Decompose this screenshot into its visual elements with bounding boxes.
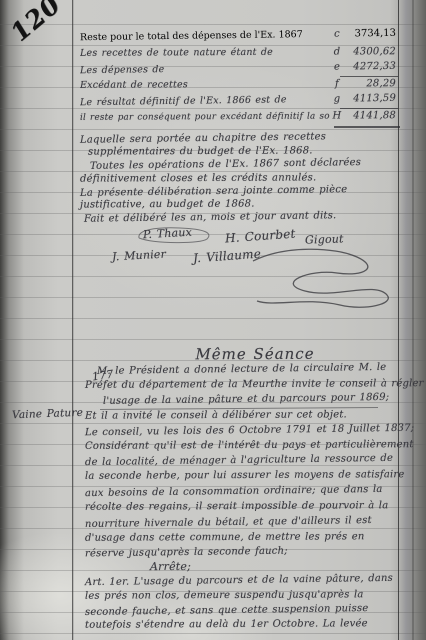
closing-line: Toutes les opérations de l'Ex. 1867 sont… bbox=[80, 157, 361, 172]
body-line: récolte des regains, il serait impossibl… bbox=[85, 500, 388, 513]
body-line: réserve jusqu'après la seconde fauch; bbox=[85, 546, 288, 560]
total-underline bbox=[334, 126, 400, 128]
row-marker: H bbox=[330, 110, 344, 121]
row-marker: c bbox=[330, 29, 344, 40]
article-line: les prés non clos, demeure suspendu jusq… bbox=[85, 589, 364, 601]
row-marker: f bbox=[330, 78, 344, 89]
ledger-row: il reste par conséquent pour excédant dé… bbox=[80, 110, 398, 123]
row-marker: e bbox=[330, 62, 344, 73]
amount-underline bbox=[340, 76, 398, 77]
manuscript-page-scan: 120 Reste pour le total des dépenses de … bbox=[0, 0, 426, 640]
closing-line: La présente délibération sera jointe com… bbox=[80, 184, 347, 199]
body-line: nourriture hivernale du bétail, et que d… bbox=[85, 515, 372, 530]
signature: J. Munier bbox=[112, 248, 167, 264]
body-line: aux besoins de la consommation ordinaire… bbox=[85, 484, 383, 499]
body-line: Préfet du département de la Meurthe invi… bbox=[85, 378, 424, 391]
body-line: Le conseil, vu les lois des 6 Octobre 17… bbox=[85, 423, 414, 439]
body-line: M. le Président a donné lecture de la ci… bbox=[85, 362, 387, 377]
row-amount: 4113,59 bbox=[344, 93, 398, 105]
row-amount: 4272,33 bbox=[344, 61, 398, 73]
article-line: toutefois s'étendre au delà du 1er Octob… bbox=[85, 618, 368, 630]
ledger-row: Les recettes de toute nature étant de d … bbox=[80, 46, 398, 59]
body-line: de la localité, de ménager à l'agricultu… bbox=[85, 453, 393, 468]
closing-line: justificative, au budget de 1868. bbox=[80, 199, 255, 211]
closing-line: Laquelle sera portée au chapitre des rec… bbox=[80, 131, 326, 145]
arrete-line: Arrête; bbox=[150, 560, 191, 573]
row-label: Reste pour le total des dépenses de l'Ex… bbox=[80, 29, 330, 43]
signature: J. Villaume bbox=[193, 247, 262, 266]
folio-number-stamp: 120 bbox=[7, 0, 65, 49]
session-heading: Même Séance bbox=[105, 344, 405, 364]
article-line: Art. 1er. L'usage du parcours et de la v… bbox=[85, 573, 393, 588]
margin-rule-shadow bbox=[73, 0, 74, 640]
body-line: Considérant qu'il est de l'intérêt du pa… bbox=[85, 439, 414, 452]
row-marker: d bbox=[330, 46, 344, 57]
signature: Gigout bbox=[305, 232, 344, 246]
row-label: il reste par conséquent pour excédant dé… bbox=[80, 112, 330, 123]
page-edge-crease bbox=[412, 0, 414, 640]
right-column-rule bbox=[398, 0, 399, 640]
ledger-row: Excédant de recettes f 28,29 bbox=[80, 78, 398, 91]
row-amount: 3734,13 bbox=[344, 28, 398, 40]
signature: H. Courbet bbox=[225, 227, 296, 246]
ledger-row: Les dépenses de e 4272,33 bbox=[80, 61, 398, 76]
row-amount: 4141,88 bbox=[344, 110, 398, 121]
body-line: Et il a invité le conseil à délibérer su… bbox=[85, 409, 347, 421]
row-label: Excédant de recettes bbox=[80, 79, 330, 91]
ledger-row: Reste pour le total des dépenses de l'Ex… bbox=[80, 28, 398, 43]
row-label: Les recettes de toute nature étant de bbox=[80, 47, 330, 59]
closing-line: supplémentaires du budget de l'Ex. 1868. bbox=[80, 145, 313, 157]
row-amount: 28,29 bbox=[344, 78, 398, 89]
row-marker: g bbox=[330, 94, 344, 105]
row-label: Le résultat définitif de l'Ex. 1866 est … bbox=[80, 94, 330, 108]
body-line: d'usage dans cette commune, de mettre le… bbox=[85, 531, 365, 543]
row-amount: 4300,62 bbox=[344, 46, 398, 57]
ledger-row: Le résultat définitif de l'Ex. 1866 est … bbox=[80, 93, 398, 108]
body-line: l'usage de la vaine pâture et du parcour… bbox=[85, 392, 389, 407]
signature: P. Thaux bbox=[143, 226, 193, 242]
row-label: Les dépenses de bbox=[80, 62, 330, 76]
body-line: la seconde herbe, pour lui assurer les m… bbox=[85, 469, 405, 482]
margin-topic-label: Vaine Pature bbox=[12, 407, 83, 421]
amount-underline bbox=[340, 108, 398, 109]
article-line: seconde fauche, et sans que cette suspen… bbox=[85, 603, 369, 618]
closing-line: définitivement closes et les crédits ann… bbox=[80, 172, 316, 184]
closing-line: Fait et délibéré les an, mois et jour av… bbox=[80, 210, 337, 225]
signature-paraphe-flourish bbox=[245, 243, 395, 313]
